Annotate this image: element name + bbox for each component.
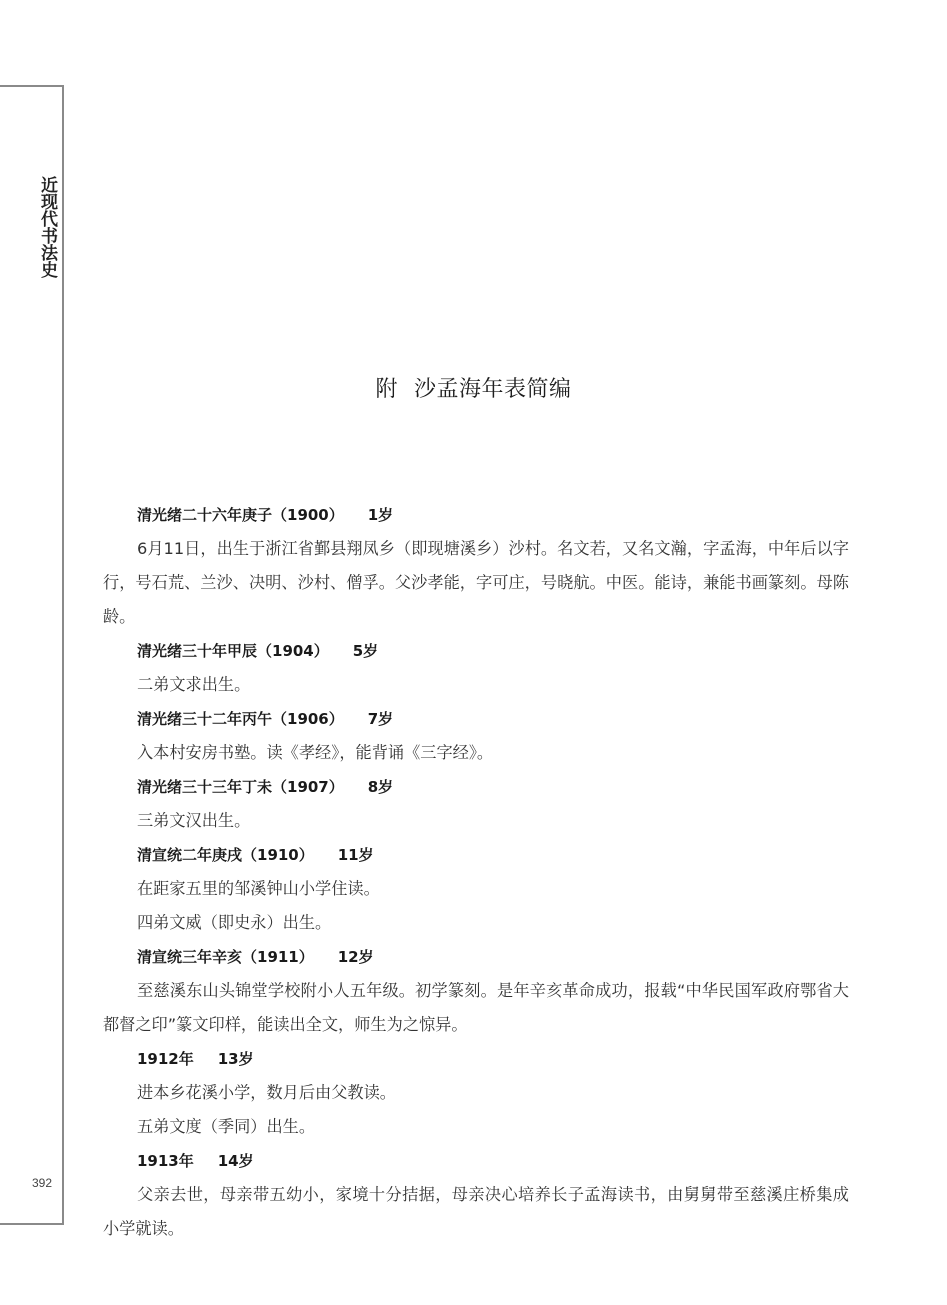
entry-paragraph: 进本乡花溪小学，数月后由父教读。 bbox=[103, 1076, 849, 1110]
entry-paragraph: 父亲去世，母亲带五幼小，家境十分拮据，母亲决心培养长子孟海读书，由舅舅带至慈溪庄… bbox=[103, 1178, 849, 1246]
entry-paragraph: 三弟文汉出生。 bbox=[103, 804, 849, 838]
entry-year: 清光绪三十年甲辰（1904） bbox=[137, 642, 329, 660]
entry-year: 清光绪三十二年丙午（1906） bbox=[137, 710, 344, 728]
entry-heading-1900: 清光绪二十六年庚子（1900）1岁 bbox=[103, 498, 849, 532]
entry-heading-1913: 1913年14岁 bbox=[103, 1144, 849, 1178]
entry-paragraph: 至慈溪东山头锦堂学校附小人五年级。初学篆刻。是年辛亥革命成功，报载“中华民国军政… bbox=[103, 974, 849, 1042]
entry-age: 12岁 bbox=[338, 948, 374, 966]
entry-year: 清光绪二十六年庚子（1900） bbox=[137, 506, 344, 524]
chapter-title-text: 沙孟海年表简编 bbox=[414, 377, 572, 402]
entry-heading-1907: 清光绪三十三年丁未（1907）8岁 bbox=[103, 770, 849, 804]
running-book-title: 近现代书法史 bbox=[36, 176, 56, 278]
entry-age: 11岁 bbox=[338, 846, 374, 864]
entry-year: 1913年 bbox=[137, 1152, 194, 1170]
entry-heading-1906: 清光绪三十二年丙午（1906）7岁 bbox=[103, 702, 849, 736]
entry-paragraph: 五弟文度（季同）出生。 bbox=[103, 1110, 849, 1144]
entry-year: 1912年 bbox=[137, 1050, 194, 1068]
chapter-title: 附沙孟海年表简编 bbox=[0, 372, 947, 403]
entry-age: 14岁 bbox=[218, 1152, 254, 1170]
entry-age: 5岁 bbox=[353, 642, 378, 660]
entry-heading-1912: 1912年13岁 bbox=[103, 1042, 849, 1076]
entry-heading-1904: 清光绪三十年甲辰（1904）5岁 bbox=[103, 634, 849, 668]
entry-paragraph: 入本村安房书塾。读《孝经》，能背诵《三字经》。 bbox=[103, 736, 849, 770]
entry-paragraph: 在距家五里的邹溪钟山小学住读。 bbox=[103, 872, 849, 906]
entry-age: 7岁 bbox=[368, 710, 393, 728]
entry-paragraph: 二弟文求出生。 bbox=[103, 668, 849, 702]
entry-year: 清光绪三十三年丁未（1907） bbox=[137, 778, 344, 796]
entry-age: 8岁 bbox=[368, 778, 393, 796]
chronology-body: 清光绪二十六年庚子（1900）1岁 6月11日，出生于浙江省鄞县翔凤乡（即现塘溪… bbox=[103, 498, 849, 1246]
entry-year: 清宣统二年庚戌（1910） bbox=[137, 846, 314, 864]
entry-paragraph: 6月11日，出生于浙江省鄞县翔凤乡（即现塘溪乡）沙村。名文若，又名文瀚，字孟海，… bbox=[103, 532, 849, 634]
entry-age: 1岁 bbox=[368, 506, 393, 524]
chapter-prefix: 附 bbox=[375, 377, 398, 402]
entry-heading-1911: 清宣统三年辛亥（1911）12岁 bbox=[103, 940, 849, 974]
entry-heading-1910: 清宣统二年庚戌（1910）11岁 bbox=[103, 838, 849, 872]
entry-paragraph: 四弟文威（即史永）出生。 bbox=[103, 906, 849, 940]
entry-year: 清宣统三年辛亥（1911） bbox=[137, 948, 314, 966]
entry-age: 13岁 bbox=[218, 1050, 254, 1068]
page-number: 392 bbox=[32, 1176, 52, 1190]
